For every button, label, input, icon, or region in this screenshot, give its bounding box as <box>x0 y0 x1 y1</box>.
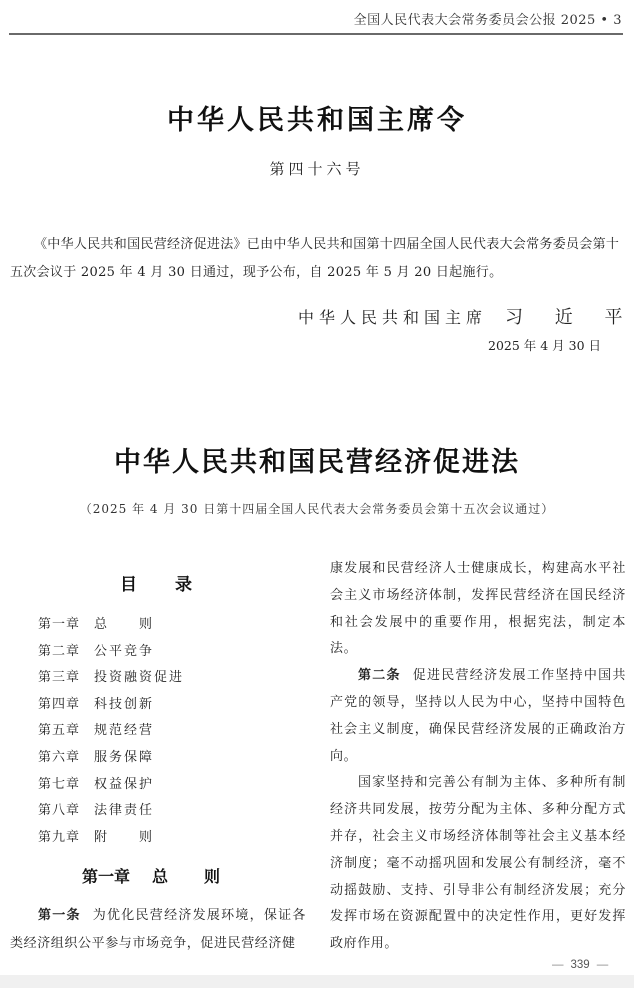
toc-item-chapter-9[interactable]: 第九章附 则 <box>38 826 184 853</box>
page-number: —339— <box>545 959 615 971</box>
signatory-title: 中华人民共和国主席 <box>298 308 487 327</box>
toc-item-chapter-8[interactable]: 第八章法律责任 <box>38 799 184 826</box>
decree-title: 中华人民共和国主席令 <box>0 98 634 137</box>
signatory-name: 习 近 平 <box>505 307 634 328</box>
signature-block: 中华人民共和国主席习 近 平 <box>298 303 634 329</box>
toc-item-chapter-2[interactable]: 第二章公平竞争 <box>38 640 184 667</box>
toc-item-chapter-1[interactable]: 第一章总 则 <box>38 613 184 640</box>
toc-item-chapter-4[interactable]: 第四章科技创新 <box>38 693 184 720</box>
article-1-label: 第一条 <box>38 908 81 923</box>
article-2-label: 第二条 <box>358 668 401 683</box>
toc-item-chapter-6[interactable]: 第六章服务保障 <box>38 746 184 773</box>
article-2-paragraph-1: 第二条促进民营经济发展工作坚持中国共产党的领导，坚持以人民为中心，坚持中国特色社… <box>330 663 626 770</box>
left-column: 第一条为优化民营经济发展环境，保证各类经济组织公平参与市场竞争，促进民营经济健 <box>10 902 306 958</box>
article-1-start: 第一条为优化民营经济发展环境，保证各类经济组织公平参与市场竞争，促进民营经济健 <box>10 902 306 958</box>
header-rule <box>9 33 623 35</box>
running-header: 全国人民代表大会常务委员会公报 2025 • 3 <box>354 9 622 28</box>
decree-date: 2025 年 4 月 30 日 <box>488 336 601 354</box>
toc-item-chapter-5[interactable]: 第五章规范经营 <box>38 719 184 746</box>
toc-item-chapter-3[interactable]: 第三章投资融资促进 <box>38 666 184 693</box>
chapter-1-heading: 第一章总则 <box>82 864 220 887</box>
right-column: 康发展和民营经济人士健康成长，构建高水平社会主义市场经济体制，发挥民营经济在国民… <box>330 556 626 958</box>
table-of-contents: 第一章总 则 第二章公平竞争 第三章投资融资促进 第四章科技创新 第五章规范经营… <box>38 613 184 852</box>
article-2-paragraph-2: 国家坚持和完善公有制为主体、多种所有制经济共同发展，按劳分配为主体、多种分配方式… <box>330 770 626 958</box>
adoption-note: （2025 年 4 月 30 日第十四届全国人民代表大会常务委员会第十五次会议通… <box>0 500 634 517</box>
toc-title: 目录 <box>120 570 192 595</box>
promulgation-text: 《中华人民共和国民营经济促进法》已由中华人民共和国第十四届全国人民代表大会常务委… <box>10 231 624 287</box>
toc-item-chapter-7[interactable]: 第七章权益保护 <box>38 773 184 800</box>
document-page: 全国人民代表大会常务委员会公报 2025 • 3 中华人民共和国主席令 第四十六… <box>0 0 634 975</box>
article-1-continued: 康发展和民营经济人士健康成长，构建高水平社会主义市场经济体制，发挥民营经济在国民… <box>330 556 626 663</box>
viewer-bottom-edge <box>0 975 634 988</box>
law-title: 中华人民共和国民营经济促进法 <box>0 440 634 479</box>
decree-number: 第四十六号 <box>0 158 634 179</box>
